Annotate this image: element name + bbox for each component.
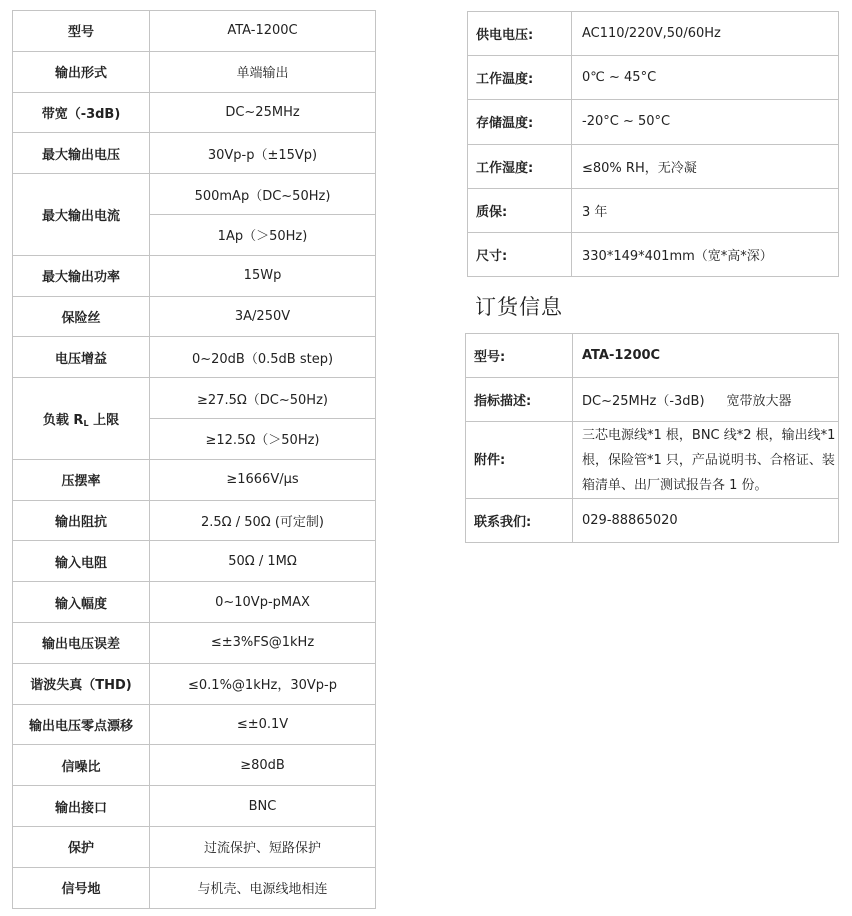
order-label: 联系我们: <box>466 499 573 543</box>
spec-row-input-resistance: 输入电阻 50Ω / 1MΩ <box>13 541 376 582</box>
env-row-warranty: 质保: 3 年 <box>468 188 839 232</box>
spec-value: ≥12.5Ω（＞50Hz) <box>150 418 376 459</box>
order-label: 型号: <box>466 334 573 378</box>
env-row-operating-temp: 工作温度: 0℃ ~ 45°C <box>468 56 839 100</box>
spec-row-output-connector: 输出接口 BNC <box>13 786 376 827</box>
order-row-description: 指标描述: DC~25MHz（-3dB)宽带放大器 <box>466 378 839 422</box>
spec-row-output-impedance: 输出阻抗 2.5Ω / 50Ω (可定制) <box>13 500 376 541</box>
spec-value: ≤±0.1V <box>150 704 376 745</box>
order-info-table: 型号: ATA-1200C 指标描述: DC~25MHz（-3dB)宽带放大器 … <box>465 333 839 543</box>
spec-value: 500mAp（DC~50Hz) <box>150 174 376 215</box>
order-label: 附件: <box>466 422 573 499</box>
env-label: 工作温度: <box>468 56 572 100</box>
spec-row-protection: 保护 过流保护、短路保护 <box>13 826 376 867</box>
order-value: 029-88865020 <box>573 499 839 543</box>
spec-row-thd: 谐波失真（THD) ≤0.1%@1kHz，30Vp-p <box>13 663 376 704</box>
spec-value: BNC <box>150 786 376 827</box>
spec-value: 1Ap（＞50Hz) <box>150 214 376 255</box>
spec-row-input-amplitude: 输入幅度 0~10Vp-pMAX <box>13 582 376 623</box>
spec-row-slew-rate: 压摆率 ≥1666V/μs <box>13 459 376 500</box>
env-row-power-supply: 供电电压: AC110/220V,50/60Hz <box>468 12 839 56</box>
spec-value: ≥27.5Ω（DC~50Hz) <box>150 378 376 419</box>
env-value: AC110/220V,50/60Hz <box>572 12 839 56</box>
spec-value: ≤±3%FS@1kHz <box>150 622 376 663</box>
env-value: 330*149*401mm（宽*高*深） <box>572 232 839 276</box>
spec-row-output-form: 输出形式 单端输出 <box>13 51 376 92</box>
spec-row-snr: 信噪比 ≥80dB <box>13 745 376 786</box>
env-row-storage-temp: 存储温度: -20°C ~ 50°C <box>468 100 839 144</box>
spec-value: ATA-1200C <box>150 11 376 52</box>
spec-label: 最大输出电压 <box>13 133 150 174</box>
spec-value: 30Vp-p（±15Vp) <box>150 133 376 174</box>
spec-label: 保险丝 <box>13 296 150 337</box>
order-info-heading: 订货信息 <box>475 291 563 321</box>
spec-row-load-limit: 负载 RL 上限 ≥27.5Ω（DC~50Hz) <box>13 378 376 419</box>
spec-value: ≥1666V/μs <box>150 459 376 500</box>
env-label: 供电电压: <box>468 12 572 56</box>
order-value: ATA-1200C <box>573 334 839 378</box>
spec-label: 信噪比 <box>13 745 150 786</box>
spec-label: 电压增益 <box>13 337 150 378</box>
spec-table: 型号 ATA-1200C 输出形式 单端输出 带宽（-3dB) DC~25MHz… <box>12 10 376 909</box>
spec-label: 输出阻抗 <box>13 500 150 541</box>
spec-value: DC~25MHz <box>150 92 376 133</box>
spec-row-bandwidth: 带宽（-3dB) DC~25MHz <box>13 92 376 133</box>
spec-value: 50Ω / 1MΩ <box>150 541 376 582</box>
order-value: DC~25MHz（-3dB)宽带放大器 <box>573 378 839 422</box>
spec-value: 0~20dB（0.5dB step) <box>150 337 376 378</box>
spec-label: 负载 RL 上限 <box>13 378 150 460</box>
order-label: 指标描述: <box>466 378 573 422</box>
spec-value: 0~10Vp-pMAX <box>150 582 376 623</box>
env-row-humidity: 工作湿度: ≤80% RH，无冷凝 <box>468 144 839 188</box>
spec-label: 信号地 <box>13 867 150 908</box>
spec-label: 型号 <box>13 11 150 52</box>
order-value-spec: DC~25MHz（-3dB) <box>582 394 705 409</box>
spec-label: 最大输出电流 <box>13 174 150 256</box>
spec-row-signal-ground: 信号地 与机壳、电源线地相连 <box>13 867 376 908</box>
spec-label: 压摆率 <box>13 459 150 500</box>
env-label: 尺寸: <box>468 232 572 276</box>
order-value-type: 宽带放大器 <box>727 394 792 409</box>
spec-label: 输出形式 <box>13 51 150 92</box>
spec-label: 谐波失真（THD) <box>13 663 150 704</box>
spec-row-max-output-power: 最大输出功率 15Wp <box>13 255 376 296</box>
spec-label: 带宽（-3dB) <box>13 92 150 133</box>
spec-label: 保护 <box>13 826 150 867</box>
order-row-contact: 联系我们: 029-88865020 <box>466 499 839 543</box>
spec-row-fuse: 保险丝 3A/250V <box>13 296 376 337</box>
env-label: 质保: <box>468 188 572 232</box>
order-row-model: 型号: ATA-1200C <box>466 334 839 378</box>
env-value: ≤80% RH，无冷凝 <box>572 144 839 188</box>
env-value: 3 年 <box>572 188 839 232</box>
spec-value: 3A/250V <box>150 296 376 337</box>
spec-label: 输入电阻 <box>13 541 150 582</box>
order-row-accessories: 附件: 三芯电源线*1 根，BNC 线*2 根，输出线*1 根，保险管*1 只，… <box>466 422 839 499</box>
spec-row-max-output-voltage: 最大输出电压 30Vp-p（±15Vp) <box>13 133 376 174</box>
env-value: 0℃ ~ 45°C <box>572 56 839 100</box>
order-value: 三芯电源线*1 根，BNC 线*2 根，输出线*1 根，保险管*1 只，产品说明… <box>573 422 839 499</box>
spec-row-max-output-current: 最大输出电流 500mAp（DC~50Hz) <box>13 174 376 215</box>
spec-label-suffix: 上限 <box>89 413 120 428</box>
spec-value: ≥80dB <box>150 745 376 786</box>
spec-value: 单端输出 <box>150 51 376 92</box>
spec-value: ≤0.1%@1kHz，30Vp-p <box>150 663 376 704</box>
spec-row-voltage-gain: 电压增益 0~20dB（0.5dB step) <box>13 337 376 378</box>
spec-value: 与机壳、电源线地相连 <box>150 867 376 908</box>
spec-value: 15Wp <box>150 255 376 296</box>
spec-label: 输出电压零点漂移 <box>13 704 150 745</box>
spec-row-zero-drift: 输出电压零点漂移 ≤±0.1V <box>13 704 376 745</box>
env-label: 工作湿度: <box>468 144 572 188</box>
spec-row-model: 型号 ATA-1200C <box>13 11 376 52</box>
env-row-dimensions: 尺寸: 330*149*401mm（宽*高*深） <box>468 232 839 276</box>
spec-label: 输出接口 <box>13 786 150 827</box>
environment-table: 供电电压: AC110/220V,50/60Hz 工作温度: 0℃ ~ 45°C… <box>467 11 839 277</box>
env-label: 存储温度: <box>468 100 572 144</box>
spec-value: 2.5Ω / 50Ω (可定制) <box>150 500 376 541</box>
spec-value: 过流保护、短路保护 <box>150 826 376 867</box>
spec-label: 输出电压误差 <box>13 622 150 663</box>
env-value: -20°C ~ 50°C <box>572 100 839 144</box>
spec-label-prefix: 负载 R <box>43 413 84 428</box>
spec-label: 输入幅度 <box>13 582 150 623</box>
spec-row-output-voltage-error: 输出电压误差 ≤±3%FS@1kHz <box>13 622 376 663</box>
spec-label: 最大输出功率 <box>13 255 150 296</box>
